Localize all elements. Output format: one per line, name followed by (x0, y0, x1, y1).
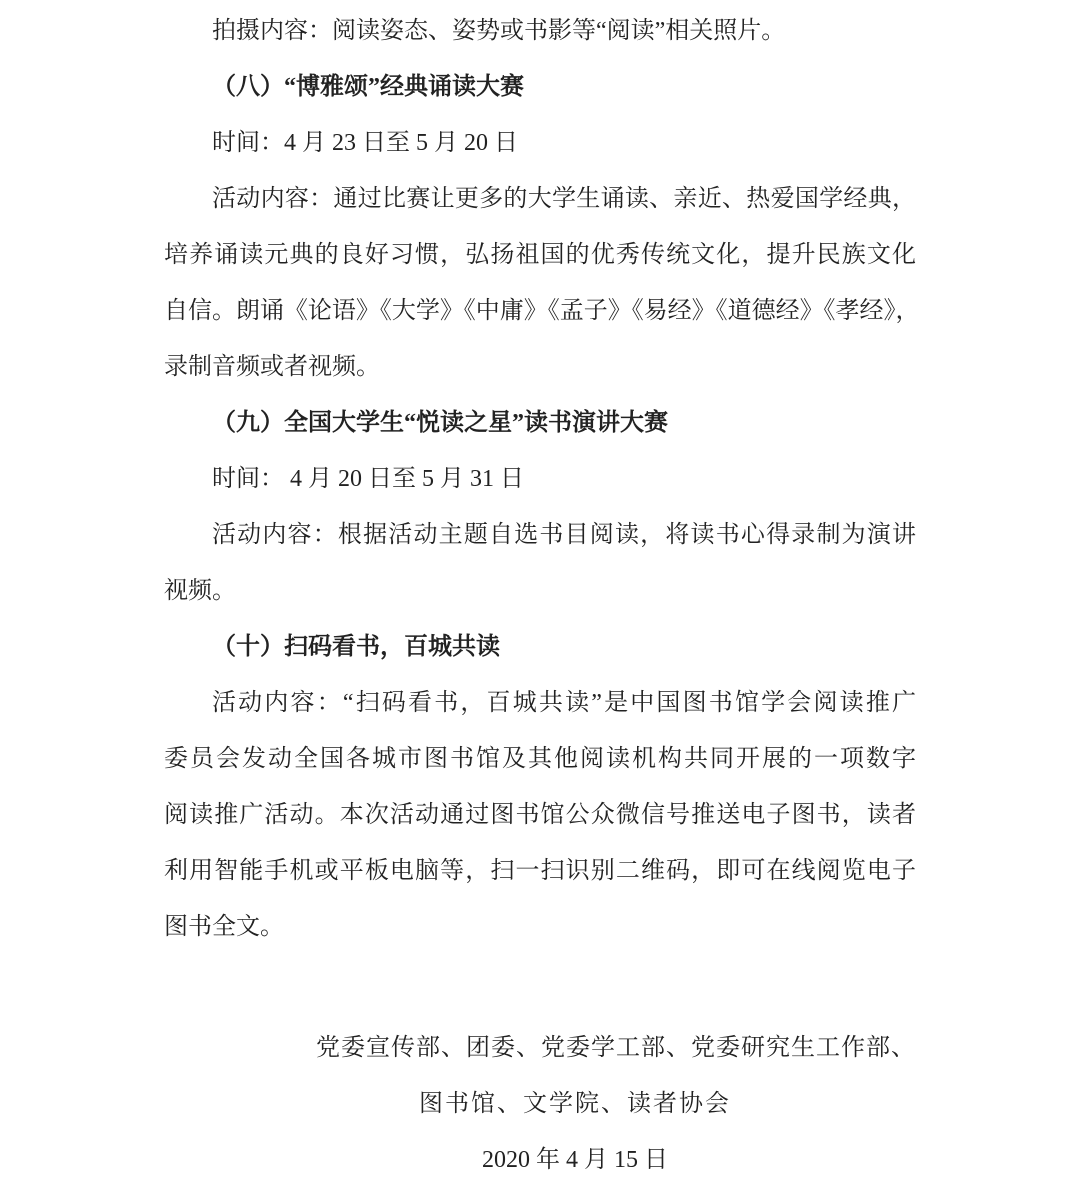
signature-date: 2020 年 4 月 15 日 (164, 1132, 916, 1188)
doc-line: 利用智能手机或平板电脑等，扫一扫识别二维码，即可在线阅览电子 (164, 843, 916, 899)
doc-line: 视频。 (164, 563, 916, 619)
doc-line: 活动内容：“扫码看书，百城共读”是中国图书馆学会阅读推广 (164, 675, 916, 731)
signature-departments-line2: 图书馆、文学院、读者协会 (164, 1076, 916, 1132)
doc-line: 培养诵读元典的良好习惯，弘扬祖国的优秀传统文化，提升民族文化 (164, 227, 916, 283)
doc-line: 活动内容：根据活动主题自选书目阅读，将读书心得录制为演讲 (164, 507, 916, 563)
doc-line: 自信。朗诵《论语》《大学》《中庸》《孟子》《易经》《道德经》《孝经》， (164, 283, 916, 339)
doc-line: 拍摄内容：阅读姿态、姿势或书影等“阅读”相关照片。 (164, 3, 916, 59)
section-heading-10: （十）扫码看书，百城共读 (164, 619, 916, 675)
doc-line: 录制音频或者视频。 (164, 339, 916, 395)
doc-line-time: 时间： 4 月 20 日至 5 月 31 日 (164, 451, 916, 507)
doc-line: 阅读推广活动。本次活动通过图书馆公众微信号推送电子图书，读者 (164, 787, 916, 843)
doc-line-time: 时间：4 月 23 日至 5 月 20 日 (164, 115, 916, 171)
doc-line: 图书全文。 (164, 899, 916, 955)
document-page: 拍摄内容：阅读姿态、姿势或书影等“阅读”相关照片。 （八）“博雅颂”经典诵读大赛… (164, 3, 916, 1188)
signature-departments-line1: 党委宣传部、团委、党委学工部、党委研究生工作部、 (164, 1020, 916, 1076)
doc-line: 活动内容：通过比赛让更多的大学生诵读、亲近、热爱国学经典， (164, 171, 916, 227)
signature-block: 党委宣传部、团委、党委学工部、党委研究生工作部、 图书馆、文学院、读者协会 20… (164, 1020, 916, 1188)
section-heading-8: （八）“博雅颂”经典诵读大赛 (164, 59, 916, 115)
section-heading-9: （九）全国大学生“悦读之星”读书演讲大赛 (164, 395, 916, 451)
doc-line: 委员会发动全国各城市图书馆及其他阅读机构共同开展的一项数字 (164, 731, 916, 787)
